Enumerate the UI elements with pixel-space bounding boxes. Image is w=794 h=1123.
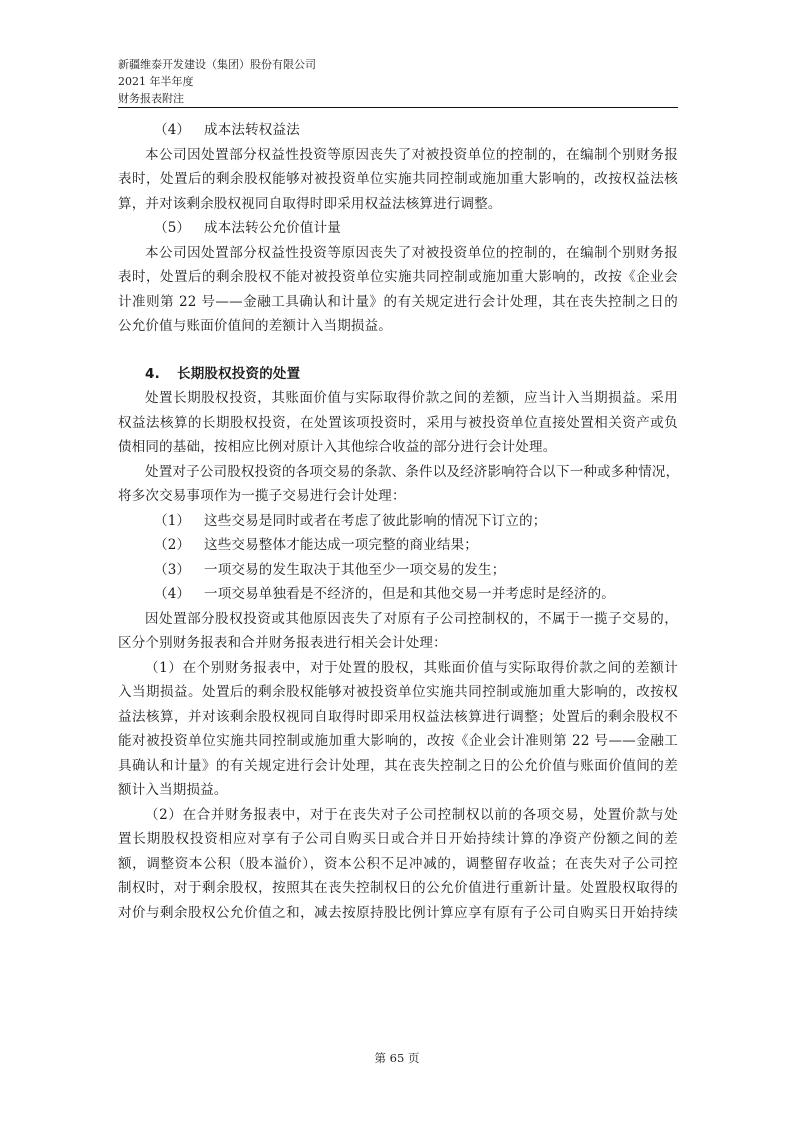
company-name: 新疆维泰开发建设（集团）股份有限公司 (118, 56, 678, 73)
paragraph-consolidated-statements: （2）在合并财务报表中，对于在丧失对子公司控制权以前的各项交易，处置价款与处 置… (118, 803, 678, 926)
document-body: （4）成本法转权益法 本公司因处置部分权益性投资等原因丧失了对被投资单位的控制的… (118, 118, 678, 925)
header-divider (118, 107, 678, 108)
paragraph-individual-statements: （1）在个别财务报表中，对于处置的股权，其账面价值与实际取得价款之间的差额计 入… (118, 656, 678, 803)
list-item: （2）这些交易整体才能达成一项完整的商业结果； (118, 533, 678, 558)
paragraph-disposal-general: 处置长期股权投资，其账面价值与实际取得价款之间的差额，应当计入当期损益。采用 权… (118, 386, 678, 460)
paragraph-cost-to-fair-value: 本公司因处置部分权益性投资等原因丧失了对被投资单位的控制的，在编制个别财务报 表… (118, 241, 678, 339)
page-number: 第 65 页 (0, 1050, 794, 1066)
paragraph-loss-of-control: 因处置部分股权投资或其他原因丧失了对原有子公司控制权的，不属于一揽子交易的， 区… (118, 607, 678, 656)
subsection-title-cost-to-fair-value: （5）成本法转公允价值计量 (118, 216, 678, 241)
list-item: （3）一项交易的发生取决于其他至少一项交易的发生； (118, 558, 678, 583)
conditions-list: （1）这些交易是同时或者在考虑了彼此影响的情况下订立的； （2）这些交易整体才能… (118, 509, 678, 607)
list-item: （1）这些交易是同时或者在考虑了彼此影响的情况下订立的； (118, 509, 678, 534)
paragraph-cost-to-equity: 本公司因处置部分权益性投资等原因丧失了对被投资单位的控制的，在编制个别财务报 表… (118, 143, 678, 217)
page-header: 新疆维泰开发建设（集团）股份有限公司 2021 年半年度 财务报表附注 (118, 56, 678, 107)
subsection-title-cost-to-equity: （4）成本法转权益法 (118, 118, 678, 143)
document-type: 财务报表附注 (118, 90, 678, 107)
list-item: （4）一项交易单独看是不经济的，但是和其他交易一并考虑时是经济的。 (118, 582, 678, 607)
section-heading-disposal: 4.长期股权投资的处置 (118, 362, 678, 387)
paragraph-package-deal: 处置对子公司股权投资的各项交易的条款、条件以及经济影响符合以下一种或多种情况， … (118, 460, 678, 509)
report-period: 2021 年半年度 (118, 73, 678, 90)
